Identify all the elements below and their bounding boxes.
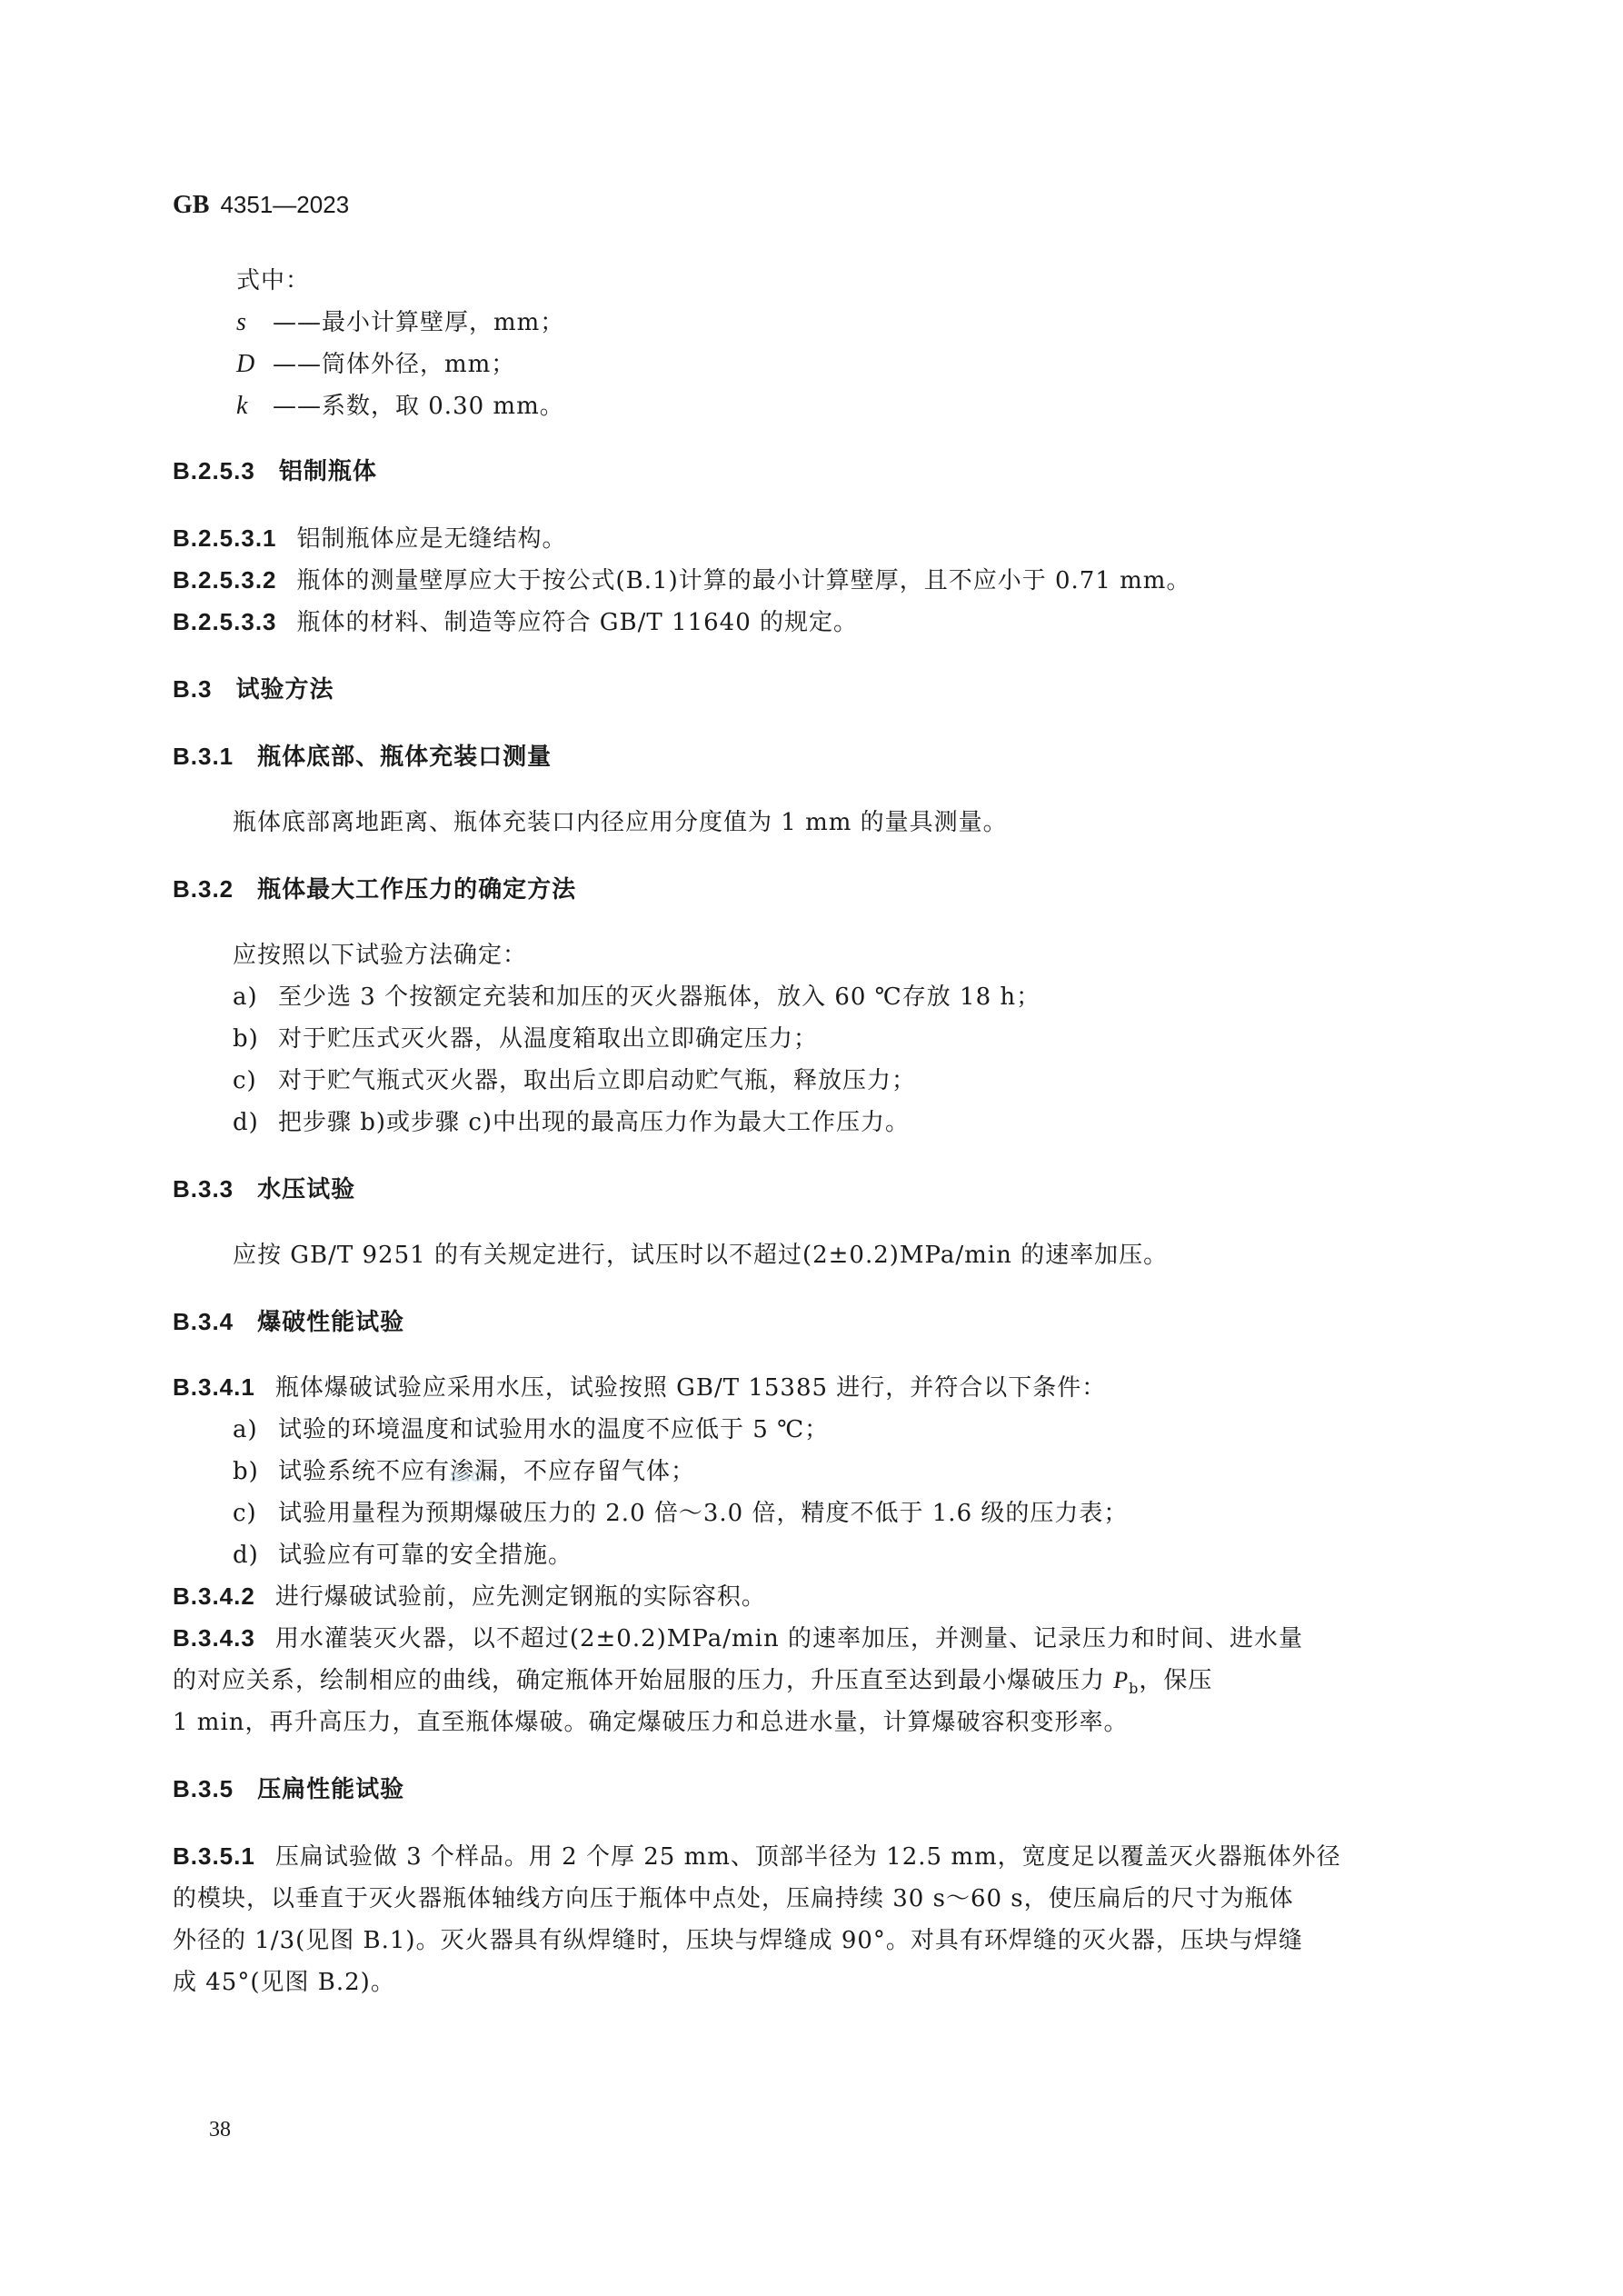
list-label: a) xyxy=(233,1416,278,1443)
section-number: B.3.4 xyxy=(173,1308,234,1336)
pressure-subscript: b xyxy=(1129,1680,1139,1697)
variable-definition: D——筒体外径，mm； xyxy=(236,345,515,379)
clause-text: 的对应关系，绘制相应的曲线，确定瓶体开始屈服的压力，升压直至达到最小爆破压力 xyxy=(173,1667,1113,1694)
clause-number: B.3.4.2 xyxy=(173,1582,255,1611)
list-text: 对于贮压式灭火器，从温度箱取出立即确定压力； xyxy=(278,1025,818,1053)
standard-prefix: GB xyxy=(173,191,209,219)
variable-description: ——筒体外径，mm； xyxy=(273,351,515,378)
section-title: 水压试验 xyxy=(257,1176,355,1203)
clause-number: B.2.5.3.1 xyxy=(173,524,277,553)
section-number: B.3 xyxy=(173,675,212,704)
clause-number: B.3.4.1 xyxy=(173,1373,255,1402)
clause-text: 铝制瓶体应是无缝结构。 xyxy=(297,525,567,553)
section-heading: B.3.4爆破性能试验 xyxy=(173,1303,404,1337)
clause: B.2.5.3.2瓶体的测量壁厚应大于按公式(B.1)计算的最小计算壁厚，且不应… xyxy=(173,562,1190,595)
section-number: B.3.5 xyxy=(173,1775,234,1803)
standard-number: 4351—2023 xyxy=(220,191,349,218)
paragraph: 应按 GB/T 9251 的有关规定进行，试压时以不超过(2±0.2)MPa/m… xyxy=(233,1236,1168,1270)
section-title: 铝制瓶体 xyxy=(279,458,377,485)
section-title: 爆破性能试验 xyxy=(257,1309,404,1336)
list-label: c) xyxy=(233,1500,278,1527)
section-title: 试验方法 xyxy=(235,676,334,704)
section-heading: B.3试验方法 xyxy=(173,671,334,704)
variable-symbol: k xyxy=(236,392,273,421)
list-label: b) xyxy=(233,1025,278,1053)
section-number: B.3.3 xyxy=(173,1175,234,1203)
clause: B.2.5.3.1铝制瓶体应是无缝结构。 xyxy=(173,520,567,554)
list-item: d)试验应有可靠的安全措施。 xyxy=(233,1536,573,1570)
list-item: c)对于贮气瓶式灭火器，取出后立即启动贮气瓶，释放压力； xyxy=(233,1062,916,1095)
variable-symbol: s xyxy=(236,308,273,337)
variable-symbol: D xyxy=(236,350,273,379)
clause-number: B.2.5.3.2 xyxy=(173,566,277,594)
list-text: 把步骤 b)或步骤 c)中出现的最高压力作为最大工作压力。 xyxy=(278,1109,910,1136)
variable-description: ——最小计算壁厚，mm； xyxy=(273,309,564,336)
list-text: 试验系统不应有渗漏，不应存留气体； xyxy=(278,1458,695,1485)
clause: B.3.4.3用水灌装灭火器，以不超过(2±0.2)MPa/min 的速率加压，… xyxy=(173,1620,1303,1653)
clause-number: B.3.4.3 xyxy=(173,1624,255,1652)
section-number: B.3.2 xyxy=(173,875,234,903)
section-heading: B.2.5.3铝制瓶体 xyxy=(173,453,377,486)
paragraph: 应按照以下试验方法确定： xyxy=(233,936,527,970)
clause: B.2.5.3.3瓶体的材料、制造等应符合 GB/T 11640 的规定。 xyxy=(173,604,858,637)
clause-continuation: 成 45°(见图 B.2)。 xyxy=(173,1963,395,1997)
list-item: c)试验用量程为预期爆破压力的 2.0 倍～3.0 倍，精度不低于 1.6 级的… xyxy=(233,1494,1128,1528)
list-label: b) xyxy=(233,1458,278,1485)
standard-header: GB4351—2023 xyxy=(173,191,349,220)
clause-number: B.3.5.1 xyxy=(173,1842,255,1871)
section-number: B.2.5.3 xyxy=(173,457,255,485)
variable-definition: k——系数，取 0.30 mm。 xyxy=(236,387,564,421)
list-item: d)把步骤 b)或步骤 c)中出现的最高压力作为最大工作压力。 xyxy=(233,1103,910,1137)
list-text: 试验用量程为预期爆破压力的 2.0 倍～3.0 倍，精度不低于 1.6 级的压力… xyxy=(278,1500,1128,1527)
section-heading: B.3.3水压试验 xyxy=(173,1171,355,1204)
clause-number: B.2.5.3.3 xyxy=(173,608,277,636)
clause-continuation: 的模块，以垂直于灭火器瓶体轴线方向压于瓶体中点处，压扁持续 30 s～60 s，… xyxy=(173,1880,1294,1913)
list-item: a)试验的环境温度和试验用水的温度不应低于 5 ℃； xyxy=(233,1411,829,1444)
list-label: d) xyxy=(233,1542,278,1569)
clause-text: 压扁试验做 3 个样品。用 2 个厚 25 mm、顶部半径为 12.5 mm，宽… xyxy=(275,1843,1341,1871)
variable-description: ——系数，取 0.30 mm。 xyxy=(273,393,564,420)
list-text: 至少选 3 个按额定充装和加压的灭火器瓶体，放入 60 ℃存放 18 h； xyxy=(278,983,1041,1011)
clause: B.3.5.1压扁试验做 3 个样品。用 2 个厚 25 mm、顶部半径为 12… xyxy=(173,1838,1341,1872)
list-text: 试验应有可靠的安全措施。 xyxy=(278,1542,573,1569)
list-item: a)至少选 3 个按额定充装和加压的灭火器瓶体，放入 60 ℃存放 18 h； xyxy=(233,978,1041,1012)
section-heading: B.3.1瓶体底部、瓶体充装口测量 xyxy=(173,738,552,772)
clause: B.3.4.2进行爆破试验前，应先测定钢瓶的实际容积。 xyxy=(173,1578,766,1612)
page-number: 38 xyxy=(209,2118,231,2142)
section-heading: B.3.5压扁性能试验 xyxy=(173,1771,404,1804)
section-title: 瓶体底部、瓶体充装口测量 xyxy=(257,744,552,771)
list-text: 对于贮气瓶式灭火器，取出后立即启动贮气瓶，释放压力； xyxy=(278,1067,916,1094)
list-item: b)对于贮压式灭火器，从温度箱取出立即确定压力； xyxy=(233,1020,818,1053)
section-title: 瓶体最大工作压力的确定方法 xyxy=(257,876,576,903)
list-label: d) xyxy=(233,1109,278,1136)
sac-watermark: SAC xyxy=(449,1468,480,1490)
paragraph: 瓶体底部离地距离、瓶体充装口内径应用分度值为 1 mm 的量具测量。 xyxy=(233,804,1008,837)
section-title: 压扁性能试验 xyxy=(257,1776,404,1803)
clause-text: 用水灌装灭火器，以不超过(2±0.2)MPa/min 的速率加压，并测量、记录压… xyxy=(275,1625,1303,1652)
section-heading: B.3.2瓶体最大工作压力的确定方法 xyxy=(173,871,576,904)
clause-continuation: 1 min，再升高压力，直至瓶体爆破。确定爆破压力和总进水量，计算爆破容积变形率… xyxy=(173,1703,1129,1737)
section-number: B.3.1 xyxy=(173,743,234,771)
list-label: c) xyxy=(233,1067,278,1094)
where-intro: 式中： xyxy=(236,262,310,295)
clause-text: 瓶体爆破试验应采用水压，试验按照 GB/T 15385 进行，并符合以下条件： xyxy=(275,1374,1106,1402)
clause-continuation: 的对应关系，绘制相应的曲线，确定瓶体开始屈服的压力，升压直至达到最小爆破压力 P… xyxy=(173,1662,1212,1697)
clause-text: ，保压 xyxy=(1139,1667,1212,1694)
variable-definition: s——最小计算壁厚，mm； xyxy=(236,304,564,337)
clause: B.3.4.1瓶体爆破试验应采用水压，试验按照 GB/T 15385 进行，并符… xyxy=(173,1369,1106,1403)
pressure-symbol: P xyxy=(1113,1667,1129,1693)
clause-text: 进行爆破试验前，应先测定钢瓶的实际容积。 xyxy=(275,1583,766,1611)
clause-text: 瓶体的测量壁厚应大于按公式(B.1)计算的最小计算壁厚，且不应小于 0.71 m… xyxy=(297,567,1191,594)
list-label: a) xyxy=(233,983,278,1011)
list-text: 试验的环境温度和试验用水的温度不应低于 5 ℃； xyxy=(278,1416,829,1443)
clause-text: 瓶体的材料、制造等应符合 GB/T 11640 的规定。 xyxy=(297,609,858,636)
clause-continuation: 外径的 1/3(见图 B.1)。灭火器具有纵焊缝时，压块与焊缝成 90°。对具有… xyxy=(173,1922,1303,1955)
